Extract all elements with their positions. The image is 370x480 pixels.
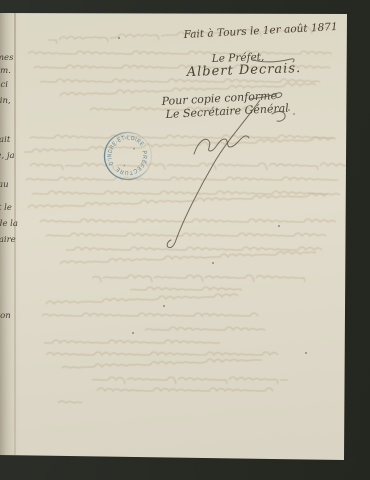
foxing-speck	[132, 332, 134, 334]
prefecture-stamp: D'INDRE-ET-LOIRE PRÉFECTURE	[93, 121, 163, 191]
foxing-speck	[278, 225, 280, 227]
stamp-ring	[96, 124, 161, 189]
document-page: mesJ m.ucialin,maitte, jaaut lede lacrai…	[0, 0, 370, 480]
stamp-bottom-text: PRÉFECTURE	[114, 149, 154, 182]
scanner-background: mesJ m.ucialin,maitte, jaaut lede lacrai…	[0, 0, 370, 480]
foxing-speck	[212, 262, 214, 264]
foxing-speck	[163, 305, 165, 307]
signature-flourish	[0, 0, 370, 480]
foxing-speck	[305, 352, 307, 354]
foxing-speck	[118, 37, 120, 39]
